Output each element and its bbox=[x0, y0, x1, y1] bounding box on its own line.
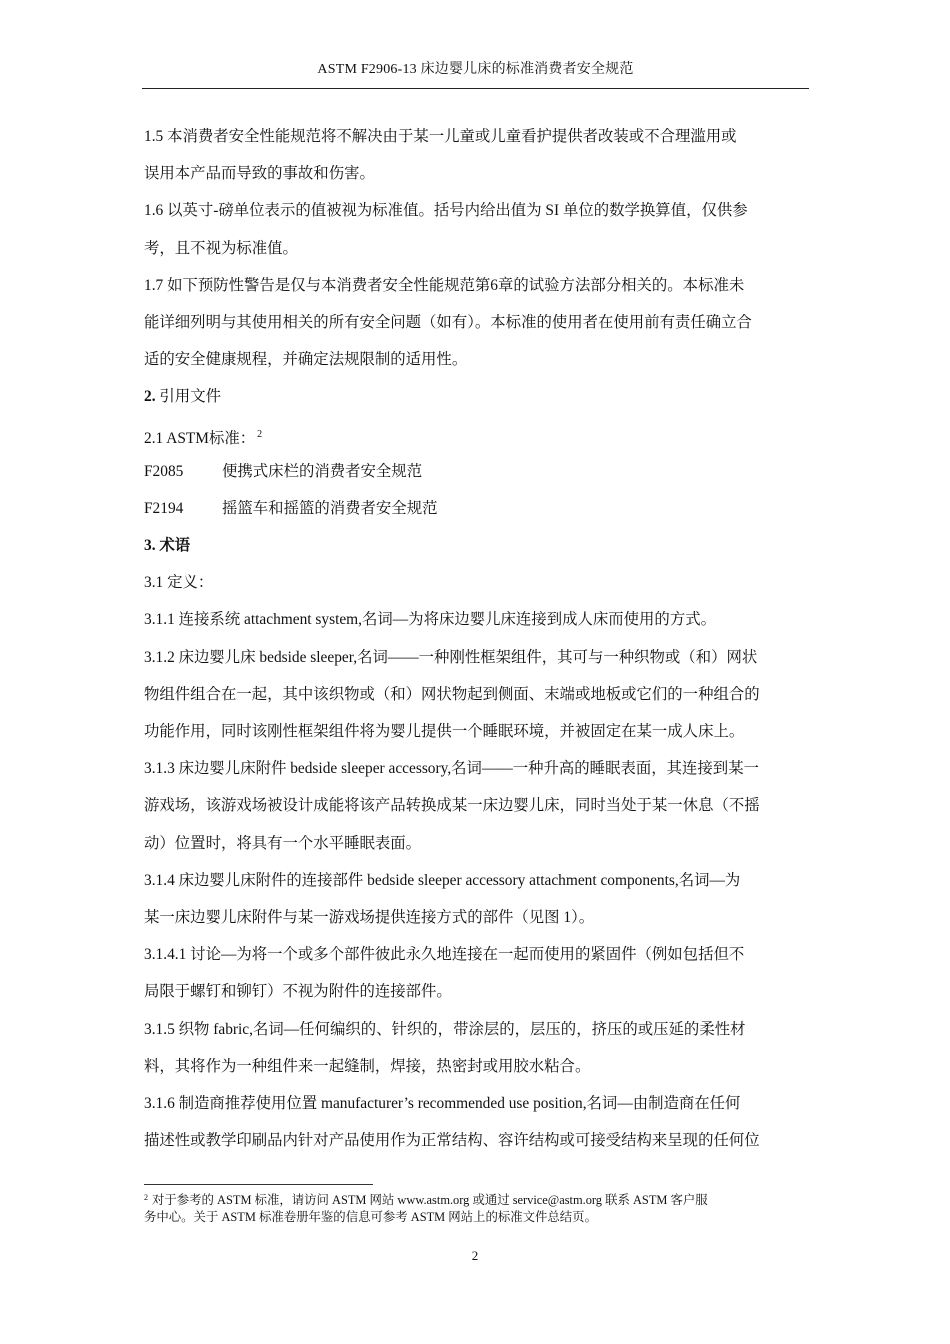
section-3-number: 3. bbox=[144, 537, 156, 554]
section-2-title: 引用文件 bbox=[159, 388, 221, 405]
definition-3-1-6-line-1: 3.1.6 制造商推荐使用位置 manufacturer’s recommend… bbox=[144, 1085, 808, 1122]
paragraph-1-6-line-1: 1.6 以英寸-磅单位表示的值被视为标准值。括号内给出值为 SI 单位的数学换算… bbox=[144, 192, 808, 229]
footnote-text-1: 对于参考的 ASTM 标准，请访问 ASTM 网站 www.astm.org 或… bbox=[152, 1193, 708, 1207]
footnote-line-2: 务中心。关于 ASTM 标准卷册年鉴的信息可参考 ASTM 网站上的标准文件总结… bbox=[144, 1209, 814, 1226]
definition-3-1-3-line-3: 动）位置时，将具有一个水平睡眠表面。 bbox=[144, 825, 808, 862]
section-2-number: 2. bbox=[144, 388, 156, 405]
definition-3-1-6-line-2: 描述性或教学印刷品内针对产品使用作为正常结构、容许结构或可接受结构来呈现的任何位 bbox=[144, 1122, 808, 1159]
paragraph-1-7-line-2: 能详细列明与其使用相关的所有安全问题（如有）。本标准的使用者在使用前有责任确立合 bbox=[144, 304, 808, 341]
header-divider bbox=[142, 88, 809, 89]
footnote-divider bbox=[144, 1184, 373, 1185]
definition-3-1-3-line-1: 3.1.3 床边婴儿床附件 bedside sleeper accessory,… bbox=[144, 750, 808, 787]
footnote-line-1: 2对于参考的 ASTM 标准，请访问 ASTM 网站 www.astm.org … bbox=[144, 1189, 814, 1209]
paragraph-1-6-line-2: 考，且不视为标准值。 bbox=[144, 230, 808, 267]
paragraph-1-7-line-3: 适的安全健康规程，并确定法规限制的适用性。 bbox=[144, 341, 808, 378]
reference-title: 摇篮车和摇篮的消费者安全规范 bbox=[222, 490, 437, 527]
definition-3-1-5-line-2: 料，其将作为一种组件来一起缝制，焊接，热密封或用胶水粘合。 bbox=[144, 1048, 808, 1085]
definition-3-1-2-line-1: 3.1.2 床边婴儿床 bedside sleeper,名词——一种刚性框架组件… bbox=[144, 639, 808, 676]
section-2-heading: 2. 引用文件 bbox=[144, 378, 808, 415]
paragraph-1-5-line-2: 误用本产品而导致的事故和伤害。 bbox=[144, 155, 808, 192]
footnote: 2对于参考的 ASTM 标准，请访问 ASTM 网站 www.astm.org … bbox=[144, 1189, 814, 1226]
definition-3-1-1: 3.1.1 连接系统 attachment system,名词—为将床边婴儿床连… bbox=[144, 601, 808, 638]
reference-title: 便携式床栏的消费者安全规范 bbox=[222, 453, 422, 490]
reference-row: F2085 便携式床栏的消费者安全规范 bbox=[144, 453, 808, 490]
section-3-title: 术语 bbox=[159, 537, 190, 554]
discussion-3-1-4-1-line-1: 3.1.4.1 讨论—为将一个或多个部件彼此永久地连接在一起而使用的紧固件（例如… bbox=[144, 936, 808, 973]
reference-code: F2194 bbox=[144, 490, 222, 527]
document-body: 1.5 本消费者安全性能规范将不解决由于某一儿童或儿童看护提供者改装或不合理滥用… bbox=[144, 118, 808, 1159]
reference-row: F2194 摇篮车和摇篮的消费者安全规范 bbox=[144, 490, 808, 527]
subsection-2-1-label: 2.1 ASTM标准： bbox=[144, 430, 255, 447]
running-header: ASTM F2906-13 床边婴儿床的标准消费者安全规范 bbox=[142, 60, 809, 80]
definition-3-1-3-line-2: 游戏场，该游戏场被设计成能将该产品转换成某一床边婴儿床，同时当处于某一休息（不摇 bbox=[144, 787, 808, 824]
definition-3-1-5-line-1: 3.1.5 织物 fabric,名词—任何编织的、针织的，带涂层的，层压的，挤压… bbox=[144, 1011, 808, 1048]
section-3-heading: 3. 术语 bbox=[144, 527, 808, 564]
footnote-reference[interactable]: 2 bbox=[257, 429, 262, 440]
definitions-label: 3.1 定义： bbox=[144, 564, 808, 601]
definition-3-1-4-line-2: 某一床边婴儿床附件与某一游戏场提供连接方式的部件（见图 1）。 bbox=[144, 899, 808, 936]
paragraph-1-5-line-1: 1.5 本消费者安全性能规范将不解决由于某一儿童或儿童看护提供者改装或不合理滥用… bbox=[144, 118, 808, 155]
definition-3-1-2-line-3: 功能作用，同时该刚性框架组件将为婴儿提供一个睡眠环境，并被固定在某一成人床上。 bbox=[144, 713, 808, 750]
footnote-mark: 2 bbox=[144, 1193, 148, 1202]
definition-3-1-4-line-1: 3.1.4 床边婴儿床附件的连接部件 bedside sleeper acces… bbox=[144, 862, 808, 899]
paragraph-1-7-line-1: 1.7 如下预防性警告是仅与本消费者安全性能规范第6章的试验方法部分相关的。本标… bbox=[144, 267, 808, 304]
page-number: 2 bbox=[455, 1248, 495, 1264]
discussion-3-1-4-1-line-2: 局限于螺钉和铆钉）不视为附件的连接部件。 bbox=[144, 973, 808, 1010]
definition-3-1-2-line-2: 物组件组合在一起，其中该织物或（和）网状物起到侧面、末端或地板或它们的一种组合的 bbox=[144, 676, 808, 713]
reference-code: F2085 bbox=[144, 453, 222, 490]
subsection-2-1: 2.1 ASTM标准：2 bbox=[144, 416, 808, 453]
